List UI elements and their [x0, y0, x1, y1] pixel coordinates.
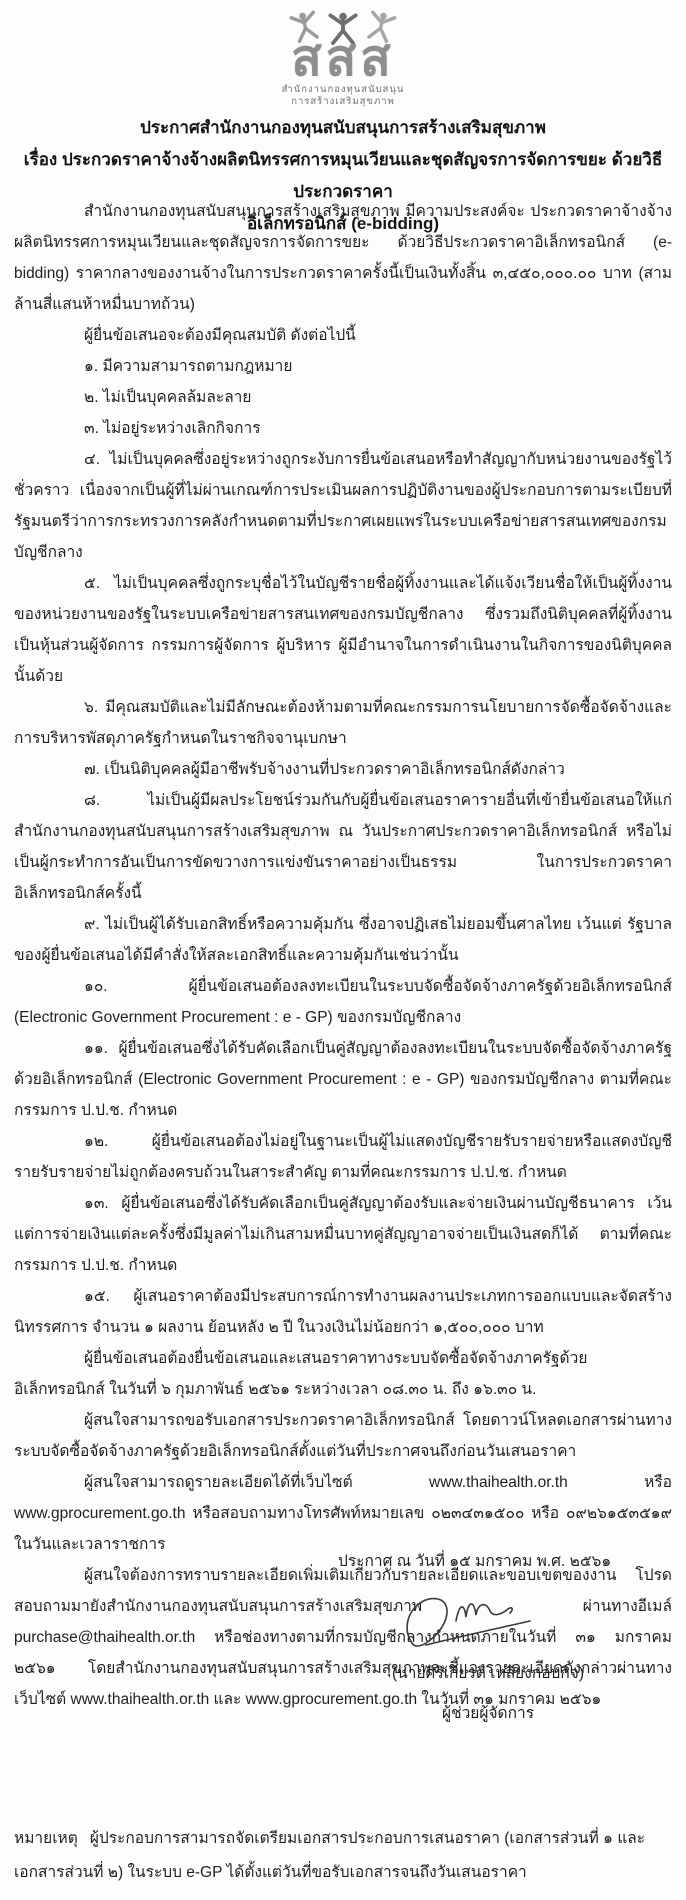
qualification-item-10: ๑๐. ผู้ยื่นข้อเสนอต้องลงทะเบียนในระบบจัด… — [14, 971, 672, 1033]
signer-name: (นายศิริเกียรติ เหลียงกอบกิจ) — [352, 1659, 624, 1689]
qualification-item-4: ๔. ไม่เป็นบุคคลซึ่งอยู่ระหว่างถูกระงับกา… — [14, 444, 672, 568]
thaihealth-logo: สสส สำนักงานกองทุนสนับสนุน การสร้างเสริม… — [0, 8, 686, 108]
qualification-item-5: ๕. ไม่เป็นบุคคลซึ่งถูกระบุชื่อไว้ในบัญชี… — [14, 568, 672, 692]
logo-tagline-line1: สำนักงานกองทุนสนับสนุน — [0, 84, 686, 96]
document-request-paragraph: ผู้สนใจสามารถขอรับเอกสารประกวดราคาอิเล็ก… — [14, 1405, 672, 1467]
qualification-item-3: ๓. ไม่อยู่ระหว่างเลิกกิจการ — [14, 413, 672, 444]
signer-title: ผู้ช่วยผู้จัดการ — [352, 1699, 624, 1729]
qualification-item-7: ๗. เป็นนิติบุคคลผู้มีอาชีพรับจ้างงานที่ป… — [14, 754, 672, 785]
signature-image — [396, 1587, 536, 1659]
qualification-item-6: ๖. มีคุณสมบัติและไม่มีลักษณะต้องห้ามตามท… — [14, 692, 672, 754]
signature-block: (นายศิริเกียรติ เหลียงกอบกิจ) ผู้ช่วยผู้… — [352, 1587, 624, 1729]
announcement-date: ประกาศ ณ วันที่ ๑๕ มกราคม พ.ศ. ๒๕๖๑ — [338, 1548, 686, 1573]
logo-acronym: สสส — [0, 32, 686, 84]
footnote-label: หมายเหตุ — [14, 1830, 78, 1847]
document-page: สสส สำนักงานกองทุนสนับสนุน การสร้างเสริม… — [0, 0, 686, 1900]
logo-tagline-line2: การสร้างเสริมสุขภาพ — [0, 96, 686, 108]
qualification-item-12: ๑๒. ผู้ยื่นข้อเสนอต้องไม่อยู่ในฐานะเป็นผ… — [14, 1126, 672, 1188]
intro-paragraph: สำนักงานกองทุนสนับสนุนการสร้างเสริมสุขภา… — [14, 196, 672, 320]
qualification-item-13: ๑๓. ผู้ยื่นข้อเสนอซึ่งได้รับคัดเลือกเป็น… — [14, 1188, 672, 1281]
submission-paragraph: ผู้ยื่นข้อเสนอต้องยื่นข้อเสนอและเสนอราคา… — [14, 1343, 672, 1405]
qualification-item-15: ๑๕. ผู้เสนอราคาต้องมีประสบการณ์การทำงานผ… — [14, 1281, 672, 1343]
qualification-item-1: ๑. มีความสามารถตามกฎหมาย — [14, 351, 672, 382]
qualification-item-9: ๙. ไม่เป็นผู้ได้รับเอกสิทธิ์หรือความคุ้ม… — [14, 909, 672, 971]
qualification-item-11: ๑๑. ผู้ยื่นข้อเสนอซึ่งได้รับคัดเลือกเป็น… — [14, 1033, 672, 1126]
qualification-item-8: ๘. ไม่เป็นผู้มีผลประโยชน์ร่วมกันกับผู้ยื… — [14, 785, 672, 909]
qualifications-heading: ผู้ยื่นข้อเสนอจะต้องมีคุณสมบัติ ดังต่อไป… — [14, 320, 672, 351]
footnote-text: ผู้ประกอบการสามารถจัดเตรียมเอกสารประกอบก… — [14, 1830, 645, 1881]
document-body: สำนักงานกองทุนสนับสนุนการสร้างเสริมสุขภา… — [14, 196, 672, 1715]
footnote: หมายเหตุผู้ประกอบการสามารถจัดเตรียมเอกสา… — [14, 1822, 672, 1890]
qualification-item-2: ๒. ไม่เป็นบุคคลล้มละลาย — [14, 382, 672, 413]
closing-section: ประกาศ ณ วันที่ ๑๕ มกราคม พ.ศ. ๒๕๖๑ (นาย… — [0, 1548, 686, 1729]
contact-paragraph: ผู้สนใจสามารถดูรายละเอียดได้ที่เว็บไซต์ … — [14, 1467, 672, 1560]
title-line-1: ประกาศสำนักงานกองทุนสนับสนุนการสร้างเสริ… — [0, 112, 686, 144]
